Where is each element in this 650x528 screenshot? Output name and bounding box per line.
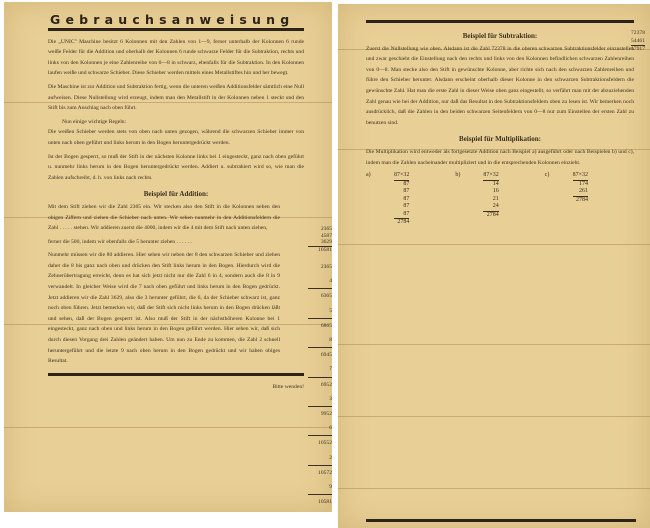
example-line: 87: [394, 211, 409, 220]
summary-result: 17917: [631, 46, 645, 54]
summary-number: 72378: [631, 30, 645, 38]
right-page-content: Beispiel für Subtraktion: Zuerst die Nul…: [366, 18, 634, 227]
right-page: Beispiel für Subtraktion: Zuerst die Nul…: [338, 4, 650, 528]
step-value: 6945: [308, 348, 332, 362]
example-label: a): [366, 172, 394, 227]
step-value: 6365: [308, 289, 332, 303]
example-expression: 87×32: [573, 172, 588, 181]
step-value: 10552: [308, 436, 332, 450]
example-expression: 87×32: [394, 172, 409, 181]
addition-heading: Beispiel für Addition:: [48, 189, 304, 200]
step-value: 9: [308, 480, 332, 495]
example-result: 2784: [483, 212, 498, 220]
subtraction-heading: Beispiel für Subtraktion:: [366, 31, 634, 42]
fold-line: [4, 427, 332, 428]
addition-paragraph-2: ferner die 500, indem wir ebenfalls die …: [48, 237, 280, 248]
step-value: 2: [308, 451, 332, 466]
example-line: 87: [394, 188, 409, 196]
step-value: 6952: [308, 378, 332, 392]
multiplication-examples: a) 87×32 87 87 87 87 87 2784 b) 87×32 14…: [366, 172, 634, 227]
bottom-rule: [48, 373, 304, 376]
example-line: 87: [394, 181, 409, 189]
left-page-content: Gebrauchsanweisung Die „UNIC" Maschine b…: [48, 12, 304, 392]
top-rule: [366, 20, 634, 23]
summary-result: 10581: [308, 247, 332, 254]
addition-paragraph-1: Mit dem Stift ziehen wir die Zahl 2365 e…: [48, 202, 280, 234]
example-line: 21: [483, 196, 498, 204]
example-result: 2784: [573, 197, 588, 205]
title-rule: [48, 28, 304, 31]
step-value: 6865: [308, 319, 332, 333]
addition-paragraph-3: Nunmehr müssen wir die 80 addieren. Hier…: [48, 250, 280, 367]
example-column: 87×32 87 87 87 87 87 2784: [394, 172, 409, 227]
example-a: a) 87×32 87 87 87 87 87 2784: [366, 172, 455, 227]
summary-number: 54461: [631, 38, 645, 47]
fold-line: [338, 488, 650, 489]
example-column: 87×32 174 261 2784: [573, 172, 588, 227]
left-page: Gebrauchsanweisung Die „UNIC" Maschine b…: [4, 2, 332, 512]
example-line: 87: [394, 203, 409, 211]
example-c: c) 87×32 174 261 2784: [545, 172, 634, 227]
step-value: 8: [308, 333, 332, 348]
turn-page-note: Bitte wenden!: [48, 382, 304, 393]
example-label: c): [545, 172, 573, 227]
subtraction-summary: 72378 54461 17917: [631, 30, 645, 54]
subtraction-paragraph: Zuerst die Nullstellung wie oben. Alsdan…: [366, 44, 634, 129]
example-expression: 87×32: [483, 172, 498, 181]
carry-paragraph: Ist der Bogen gesperrt, so muß der Stift…: [48, 152, 304, 184]
example-result: 2784: [394, 219, 409, 227]
step-value: 7: [308, 362, 332, 377]
intro-paragraph: Die „UNIC" Maschine besitzt 6 Kolonnen m…: [48, 37, 304, 79]
fold-line: [338, 416, 650, 417]
multiplication-heading: Beispiel für Multiplikation:: [366, 134, 634, 145]
example-line: 14: [483, 181, 498, 189]
example-line: 174: [573, 181, 588, 189]
step-value: 3: [308, 392, 332, 407]
example-line: 261: [573, 188, 588, 197]
step-value: 9952: [308, 407, 332, 421]
rules-intro: Nun einige wichtige Regeln:: [48, 117, 304, 128]
rules-paragraph: Die weißen Schieber werden stets von obe…: [48, 127, 304, 148]
step-value: 5: [308, 304, 332, 319]
example-line: 16: [483, 188, 498, 196]
fold-line: [338, 244, 650, 245]
step-value: 10581: [308, 495, 332, 509]
bottom-rule: [366, 519, 636, 522]
fold-line: [338, 344, 650, 345]
zero-setting-paragraph: Die Maschine ist zur Addition und Subtra…: [48, 82, 304, 114]
example-label: b): [455, 172, 483, 227]
multiplication-paragraph: Die Multiplikation wird entweder als for…: [366, 147, 634, 168]
step-value: 10572: [308, 466, 332, 480]
step-value: 4: [308, 274, 332, 289]
page-title: Gebrauchsanweisung: [50, 15, 304, 26]
addition-summary: 2365 4587 3629 10581: [308, 226, 332, 253]
example-column: 87×32 14 16 21 24 2784: [483, 172, 498, 227]
example-b: b) 87×32 14 16 21 24 2784: [455, 172, 544, 227]
addition-steps: 2365 4 6365 5 6865 8 6945 7 6952 3 9952 …: [308, 260, 332, 509]
example-line: 24: [483, 203, 498, 212]
step-value: 6: [308, 421, 332, 436]
summary-number: 3629: [308, 239, 332, 247]
step-value: 2365: [308, 260, 332, 274]
example-line: 87: [394, 196, 409, 204]
